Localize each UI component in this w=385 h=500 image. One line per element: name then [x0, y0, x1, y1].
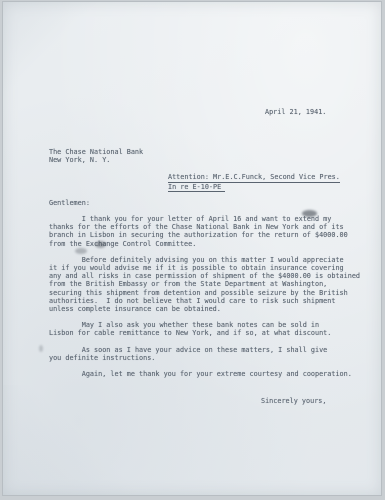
- letter-page: April 21, 1941. The Chase National Bank …: [2, 1, 382, 496]
- paragraph-5: Again, let me thank you for your extreme…: [49, 370, 367, 378]
- recipient-address: The Chase National Bank New York, N. Y.: [49, 148, 367, 164]
- salutation: Gentlemen:: [49, 199, 367, 207]
- letter-body: The Chase National Bank New York, N. Y. …: [49, 148, 367, 405]
- paper-crease: [3, 2, 123, 122]
- reference-line: In re E-10-PE: [168, 183, 225, 192]
- scanned-letter: April 21, 1941. The Chase National Bank …: [0, 0, 385, 500]
- paragraph-4: As soon as I have your advice on these m…: [49, 346, 367, 362]
- attention-block: Attention: Mr.E.C.Funck, Second Vice Pre…: [168, 173, 367, 191]
- attention-line: Attention: Mr.E.C.Funck, Second Vice Pre…: [168, 173, 340, 182]
- ink-smudge: [39, 345, 43, 352]
- paragraph-3: May I also ask you whether these bank no…: [49, 321, 367, 337]
- recipient-city: New York, N. Y.: [49, 156, 367, 164]
- recipient-name: The Chase National Bank: [49, 148, 367, 156]
- letter-date: April 21, 1941.: [265, 108, 326, 116]
- paragraph-2: Before definitely advising you on this m…: [49, 256, 367, 313]
- closing-salutation: Sincerely yours,: [261, 397, 367, 405]
- paragraph-1: I thank you for your letter of April 16 …: [49, 215, 367, 248]
